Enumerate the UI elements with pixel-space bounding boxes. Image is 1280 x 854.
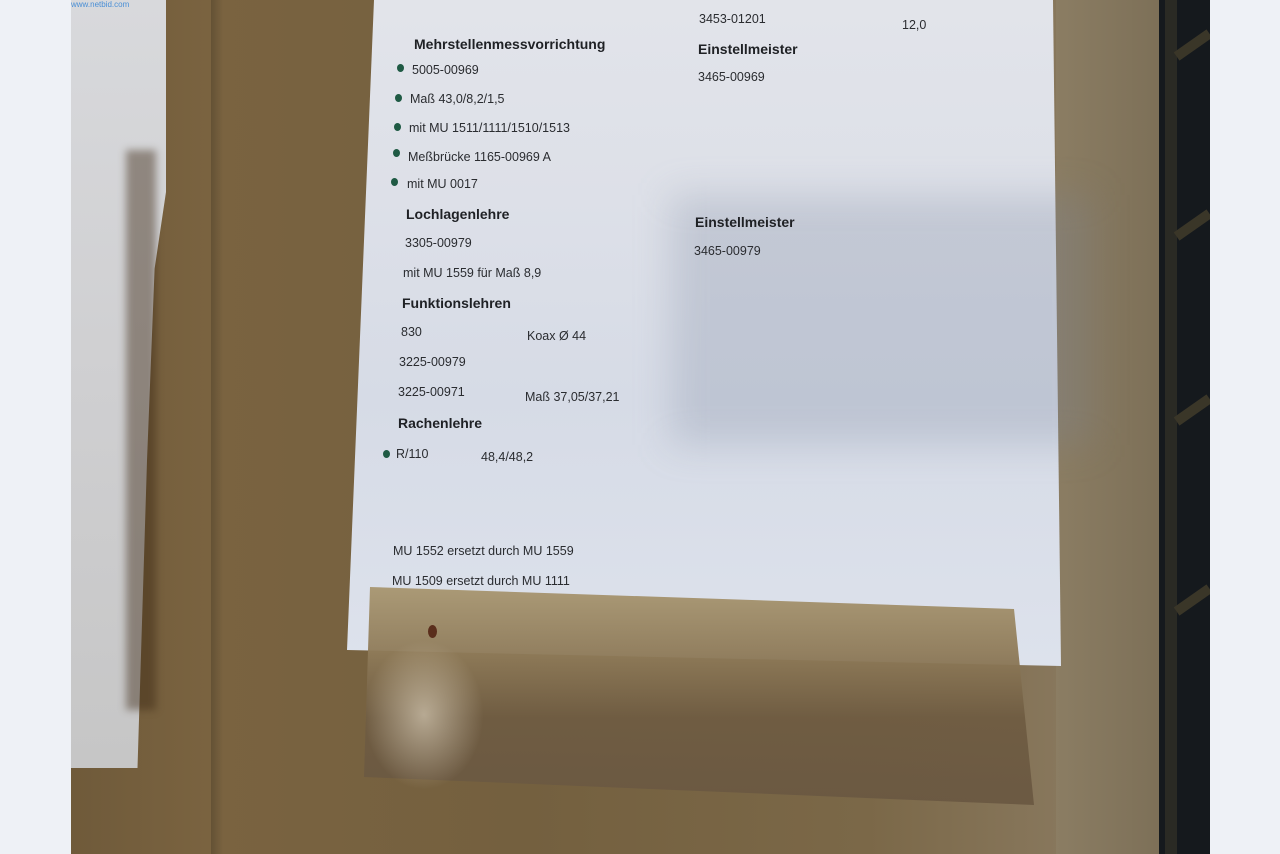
section-heading: Einstellmeister — [698, 41, 798, 57]
section-heading: Lochlagenlehre — [406, 206, 509, 222]
section-heading: Einstellmeister — [695, 214, 795, 230]
tape-hole — [428, 625, 437, 638]
part-number: 3465-00969 — [698, 70, 765, 84]
table-cell: 48,4/48,2 — [481, 450, 533, 464]
part-number: 3465-00979 — [694, 244, 761, 258]
bullet-icon — [391, 178, 398, 186]
list-item: Meßbrücke 1165-00969 A — [408, 150, 551, 164]
table-cell: R/110 — [396, 447, 428, 461]
metal-shelf — [1159, 0, 1210, 854]
section-heading: Rachenlehre — [398, 415, 482, 431]
table-cell: 830 — [401, 325, 422, 339]
bullet-icon — [393, 149, 400, 157]
bullet-icon — [394, 123, 401, 131]
paper-shadow — [126, 150, 156, 710]
bullet-icon — [397, 64, 404, 72]
part-value: 12,0 — [902, 18, 926, 32]
list-item: mit MU 1559 für Maß 8,9 — [403, 266, 541, 280]
list-item: mit MU 0017 — [407, 177, 478, 191]
watermark-link[interactable]: www.netbid.com — [71, 0, 129, 9]
table-cell: Maß 37,05/37,21 — [525, 390, 620, 404]
bullet-icon — [383, 450, 390, 458]
cardboard-fold — [211, 0, 223, 854]
list-item: mit MU 1511/1111/1510/1513 — [409, 121, 570, 135]
table-cell: 3225-00979 — [399, 355, 466, 369]
list-item: 5005-00969 — [412, 63, 479, 77]
photo: 3453-01201 12,0 Mehrstellenmessvorrichtu… — [71, 0, 1210, 854]
section-heading: Funktionslehren — [402, 295, 511, 311]
section-heading: Mehrstellenmessvorrichtung — [414, 36, 605, 52]
footnote: MU 1552 ersetzt durch MU 1559 — [393, 544, 574, 558]
part-number: 3453-01201 — [699, 12, 766, 26]
list-item: 3305-00979 — [405, 236, 472, 250]
bullet-icon — [395, 94, 402, 102]
footnote: MU 1509 ersetzt durch MU 1111 — [392, 574, 570, 588]
table-cell: 3225-00971 — [398, 385, 465, 399]
list-item: Maß 43,0/8,2/1,5 — [410, 92, 505, 106]
table-cell: Koax Ø 44 — [527, 329, 586, 343]
